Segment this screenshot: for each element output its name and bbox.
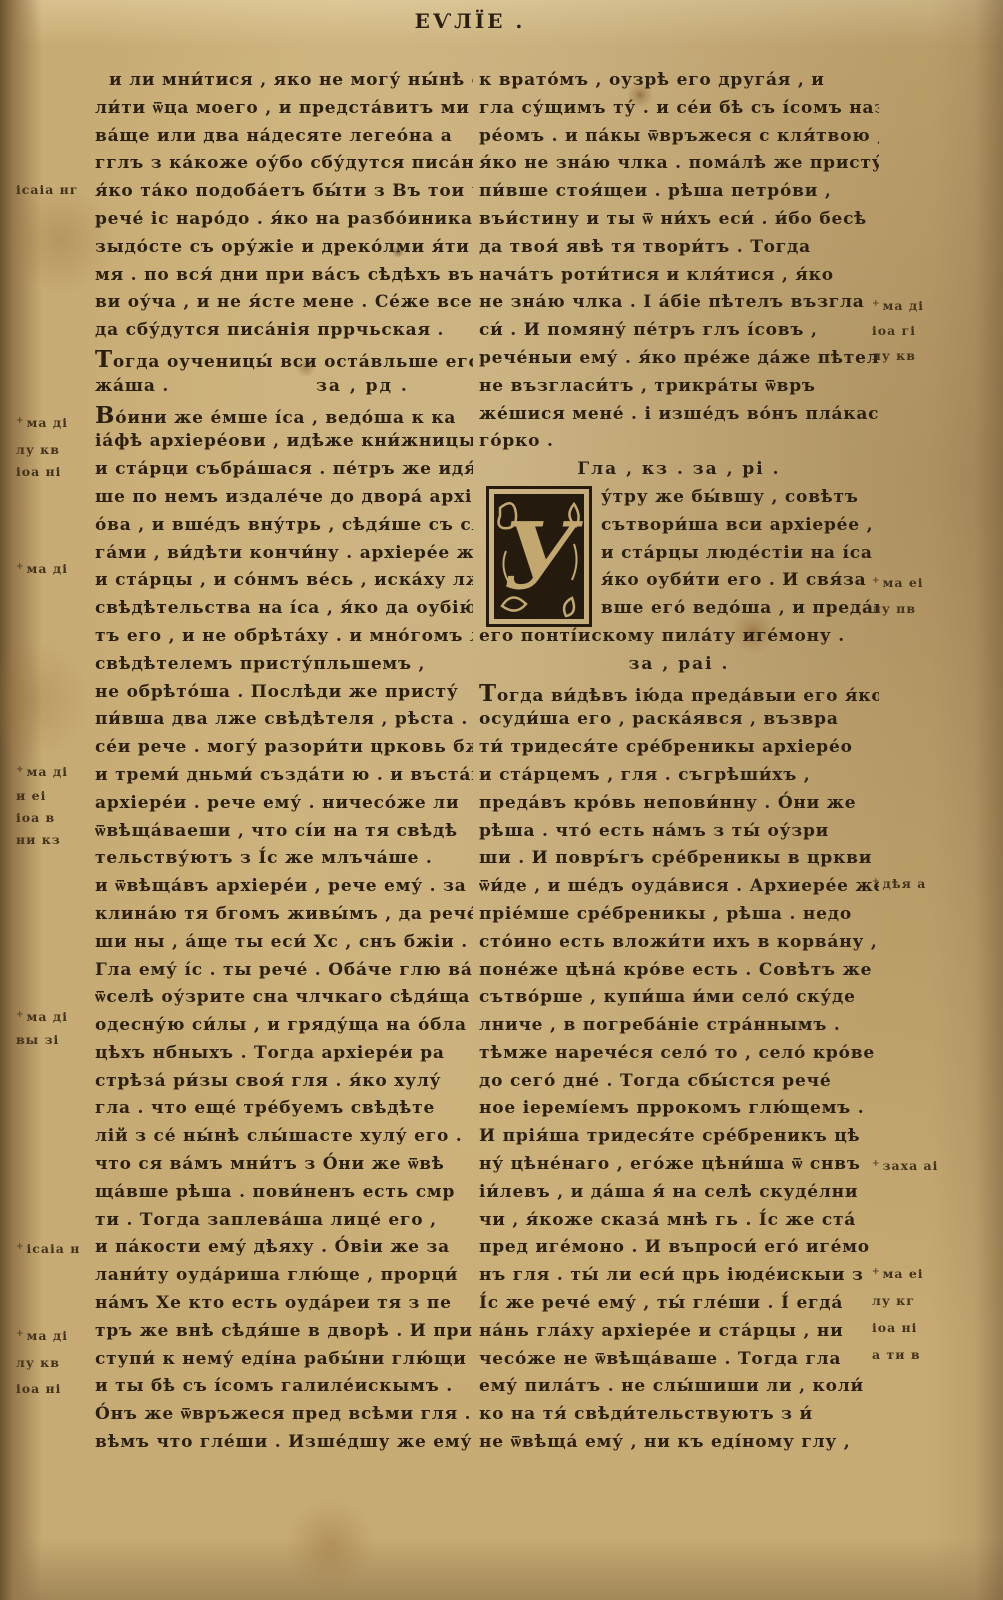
text-line: и ста́рцемъ , гля . съгрѣши́хъ , — [479, 765, 879, 793]
text-line: ши ны , а́ще ты еси́ Хс , снъ бжіи . — [95, 932, 473, 960]
text-line: си́ . И помяну́ пе́тръ глъ і́совъ , — [479, 320, 879, 348]
text-line: да твоя́ явѣ тя твори́тъ . Тогда — [479, 237, 879, 265]
text-line: клина́ю тя бгомъ живы́мъ , да рече́ — [95, 904, 473, 932]
margin-note: а ти в — [872, 1349, 921, 1362]
reference-cross-icon: + — [16, 1010, 25, 1020]
margin-note: +дѣя а — [872, 878, 926, 891]
initial-letter: У — [503, 502, 584, 610]
text-line: ши . И повръ́гъ сре́бреникы в цркви , — [479, 848, 879, 876]
margin-note: +ма ді — [872, 300, 924, 313]
margin-note: +ма еі — [872, 1268, 924, 1281]
text-line: на́мъ Хе кто есть оуда́реи тя з пе — [95, 1293, 473, 1321]
margin-note: іоа в — [16, 812, 55, 825]
text-line: чи , я́коже сказа́ мнѣ гь . І́с же ста́ — [479, 1210, 879, 1238]
text-line: пи́вше стоя́щеи . рѣша петро́ви , — [479, 181, 879, 209]
text-line: ступи́ к нему́ еді́на рабы́ни глю́щи . — [95, 1349, 473, 1377]
ornate-initial-woodcut: У — [486, 486, 592, 627]
text-line: свѣдѣтельства на і́са , я́ко да оубію́ — [95, 598, 473, 626]
reference-cross-icon: + — [872, 1159, 881, 1169]
margin-note: +ма ді — [16, 1011, 68, 1024]
margin-note: и еі — [16, 790, 46, 803]
text-line: го́рко . — [479, 431, 879, 459]
text-line: преда́въ кро́вь непови́нну . О́ни же — [479, 793, 879, 821]
text-line: сътво́рше , купи́ша и́ми село́ ску́де — [479, 987, 879, 1015]
text-line: ну́ цѣне́наго , его́же цѣни́ша ѿ снвъ — [479, 1154, 879, 1182]
text-line: и па́кости ему́ дѣяху . О́віи же за — [95, 1237, 473, 1265]
text-line: жа́ша . — [95, 376, 169, 404]
text-line: ше по немъ издале́че до двора́ архіере́ — [95, 487, 473, 515]
drop-cap: В — [95, 402, 115, 429]
text-line: сто́ино есть вложи́ти ихъ в корва́ну , — [479, 932, 879, 960]
margin-note: +ма еі — [872, 577, 924, 590]
text-line: тъ его , и не обрѣта́ху . и мно́гомъ лже — [95, 626, 473, 654]
text-line: тръ же внѣ сѣдя́ше в дворѣ . И при — [95, 1321, 473, 1349]
text-line: ѿселѣ оу́зрите сна члчкаго сѣдя́ща — [95, 987, 473, 1015]
text-line: іа́фѣ архіере́ови , идѣже кни́жницы — [95, 431, 473, 459]
text-line: рече́ныи ему́ . я́ко пре́же да́же пѣтел — [479, 348, 879, 376]
margin-note: +ма ді — [16, 766, 68, 779]
text-line: осуди́ша его , раска́явся , възвра — [479, 709, 879, 737]
text-line: на́нь гла́ху архіере́е и ста́рцы , ни — [479, 1321, 879, 1349]
text-line: цѣхъ нбныхъ . Тогда архіере́и ра — [95, 1043, 473, 1071]
text-line: одесну́ю си́лы , и гряду́ща на о́бла — [95, 1015, 473, 1043]
text-line: ре́омъ . и па́кы ѿвръжеся с кля́твою , — [479, 126, 879, 154]
reference-cross-icon: + — [872, 1267, 881, 1277]
margin-note: +ма ді — [16, 417, 68, 430]
text-line: же́шися мене́ . і изше́дъ во́нъ пла́кася — [479, 404, 879, 432]
text-line: не обрѣто́ша . Послѣди же присту́ — [95, 682, 473, 710]
text-line: І́с же рече́ ему́ , ты́ гле́ши . І́ егда… — [479, 1293, 879, 1321]
margin-note: ісаіа нг — [16, 184, 78, 197]
text-line: и ста́рци събра́шася . пе́тръ же идя́ — [95, 459, 473, 487]
text-column-left: и ли мни́тися , яко не могу́ ны́нѣ оумол… — [95, 70, 473, 1460]
reference-cross-icon: + — [16, 1242, 25, 1252]
text-line: о́ва , и вше́дъ вну́трь , сѣдя́ше съ слу… — [95, 515, 473, 543]
text-line: гглъ з ка́коже оу́бо сбу́дутся писа́нія … — [95, 153, 473, 181]
reference-cross-icon: + — [16, 765, 25, 775]
text-line: пред иге́моно . И въпроси́ его́ иге́мо — [479, 1237, 879, 1265]
text-line: нъ гля . ты́ ли еси́ црь іюде́искыи з — [479, 1265, 879, 1293]
reference-cross-icon: + — [16, 1329, 25, 1339]
text-line: и ста́рцы , и со́нмъ ве́сь , иска́ху лже — [95, 570, 473, 598]
margin-note: лу кв — [16, 444, 60, 457]
text-line: что ся ва́мъ мни́тъ з О́ни же ѿвѣ — [95, 1154, 473, 1182]
text-line: Во́ини же е́мше і́са , ведо́ша к ка — [95, 404, 473, 432]
text-line: вѣмъ что гле́ши . Изше́дшу же ему́ — [95, 1432, 473, 1460]
text-line: іи́левъ , и да́ша я́ на селѣ скуде́лни — [479, 1182, 879, 1210]
text-line: ѿи́де , и ше́дъ оуда́вися . Архиере́е же — [479, 876, 879, 904]
text-line: до сего́ дне́ . Тогда сбы́стся рече́ — [479, 1071, 879, 1099]
text-line: гла . что еще́ тре́буемъ свѣдѣте — [95, 1098, 473, 1126]
section-heading: Гла , кз . за , рі . — [479, 459, 879, 487]
margin-note: +ма ді — [16, 563, 68, 576]
text-line: его понті́искому пила́ту иге́мону . — [479, 626, 879, 654]
text-line: ли́ти ѿца моего , и предста́витъ ми — [95, 98, 473, 126]
margin-note: ни кз — [16, 834, 61, 847]
text-line: я́ко не зна́ю члка . пома́лѣ же присту́ — [479, 153, 879, 181]
reference-cross-icon: + — [16, 416, 25, 426]
text-line: архіере́и . рече ему́ . ничесо́же ли — [95, 793, 473, 821]
text-line: тельству́ютъ з І́с же млъча́ше . — [95, 848, 473, 876]
text-line: нача́тъ роти́тися и кля́тися , я́ко — [479, 265, 879, 293]
margin-note: +заха аі — [872, 1160, 938, 1173]
text-line: поне́же цѣна́ кро́ве есть . Совѣтъ же — [479, 960, 879, 988]
drop-cap: Т — [95, 346, 113, 373]
margin-note: лу кг — [872, 1295, 915, 1308]
text-line: Гла ему́ і́с . ты рече́ . Оба́че глю ва́… — [95, 960, 473, 988]
text-line: ви оу́ча , и не я́сте мене . Се́же все б… — [95, 292, 473, 320]
reference-cross-icon: + — [872, 299, 881, 309]
page: ЕѴЛЇЕ . и ли мни́тися , яко не могу́ ны́… — [0, 0, 1003, 1600]
margin-note: +ма ді — [16, 1330, 68, 1343]
reference-cross-icon: + — [16, 562, 25, 572]
margin-note: лу пв — [872, 603, 916, 616]
text-line: жа́ша .за , рд . — [95, 376, 473, 404]
text-line: Тогда ви́дѣвъ ію́да преда́выи его я́ко — [479, 682, 879, 710]
text-line: рѣша . что́ есть на́мъ з ты́ оу́зри — [479, 821, 879, 849]
text-line: въи́стину и ты ѿ ни́хъ еси́ . и́бо бесѣ — [479, 209, 879, 237]
text-line: ва́ще или два на́десяте легео́на а — [95, 126, 473, 154]
text-line: пріе́мше сре́бреникы , рѣша . недо — [479, 904, 879, 932]
text-line: ное іеремі́емъ пррокомъ глю́щемъ . — [479, 1098, 879, 1126]
running-head: ЕѴЛЇЕ . — [0, 9, 940, 33]
text-line: и ли мни́тися , яко не могу́ ны́нѣ оумо — [95, 70, 473, 98]
text-line: да сбу́дутся писа́нія пррчьская . — [95, 320, 473, 348]
text-line: пи́вша два лже свѣдѣтеля , рѣста . — [95, 709, 473, 737]
text-line: гла су́щимъ ту́ . и се́и бѣ съ і́сомъ на… — [479, 98, 879, 126]
text-line: не възгласи́тъ , трикра́ты ѿвръ — [479, 376, 879, 404]
section-heading: за , рд . — [316, 376, 409, 404]
margin-note: іоа ні — [16, 466, 61, 479]
text-line: к врато́мъ , оузрѣ его друга́я , и — [479, 70, 879, 98]
text-line: и ѿвѣща́въ архіере́и , рече ему́ . за — [95, 876, 473, 904]
text-line: ѿвѣща́ваеши , что сі́и на тя свѣдѣ — [95, 821, 473, 849]
text-line: чесо́же не ѿвѣща́ваше . Тогда гла — [479, 1349, 879, 1377]
margin-note: іоа ні — [872, 1322, 917, 1335]
text-line: лниче , в погреба́ніе стра́ннымъ . — [479, 1015, 879, 1043]
section-heading: за , раі . — [479, 654, 879, 682]
text-line: мя . по вся́ дни при ва́съ сѣдѣхъ въ црк… — [95, 265, 473, 293]
text-line: не зна́ю члка . І а́біе пѣтелъ възгла — [479, 292, 879, 320]
text-line: ща́вше рѣша . пови́ненъ есть смр — [95, 1182, 473, 1210]
text-line: ему́ пила́тъ . не слы́шиши ли , коли́ — [479, 1376, 879, 1404]
text-line: я́ко та́ко подоба́етъ бы́ти з Въ тои час… — [95, 181, 473, 209]
text-line: ти . Тогда заплева́ша лице́ его , — [95, 1210, 473, 1238]
text-line: зыдо́сте съ ору́жіе и дреко́лми я́ти — [95, 237, 473, 265]
margin-note: лу кв — [16, 1357, 60, 1370]
text-line: тѣмже нарече́ся село́ то , село́ кро́ве … — [479, 1043, 879, 1071]
text-line: стрѣза́ ри́зы своя́ гля . я́ко хулу́ — [95, 1071, 473, 1099]
text-line: и треми́ дньми́ създа́ти ю . и въста́въ — [95, 765, 473, 793]
text-line: О́нъ же ѿвръжеся пред всѣми гля . не — [95, 1404, 473, 1432]
text-line: и ты бѣ съ і́сомъ галиле́искымъ . — [95, 1376, 473, 1404]
margin-note: вы зі — [16, 1034, 59, 1047]
text-column-right: к врато́мъ , оузрѣ его друга́я , игла су… — [479, 70, 879, 1460]
text-line: ти́ тридеся́те сре́бреникы архіере́о — [479, 737, 879, 765]
margin-note: +ісаіа н — [16, 1243, 80, 1256]
margin-note: іоа гі — [872, 325, 916, 338]
margin-note: іоа ні — [16, 1383, 61, 1396]
text-line: лани́ту оуда́риша глю́ще , прорци́ — [95, 1265, 473, 1293]
text-line: ко на тя́ свѣди́тельствуютъ з и́ — [479, 1404, 879, 1432]
reference-cross-icon: + — [872, 576, 881, 586]
text-line: рече́ іс наро́до . я́ко на разбо́иника л… — [95, 209, 473, 237]
text-line: се́и рече . могу́ разори́ти црковь бжію … — [95, 737, 473, 765]
text-line: свѣдѣтелемъ присту́пльшемъ , — [95, 654, 473, 682]
drop-cap: Т — [479, 680, 497, 707]
text-line: И прія́ша тридеся́те сре́бреникъ цѣ — [479, 1126, 879, 1154]
text-line: Тогда оученицы́ вси оста́вльше его бѣ — [95, 348, 473, 376]
text-line: га́ми , ви́дѣти кончи́ну . архіере́е же — [95, 543, 473, 571]
margin-note: лу кв — [872, 350, 916, 363]
reference-cross-icon: + — [872, 877, 881, 887]
text-line: не ѿвѣща́ ему́ , ни къ еді́ному глу , — [479, 1432, 879, 1460]
text-line: лій з се́ ны́нѣ слы́шасте хулу́ его . — [95, 1126, 473, 1154]
